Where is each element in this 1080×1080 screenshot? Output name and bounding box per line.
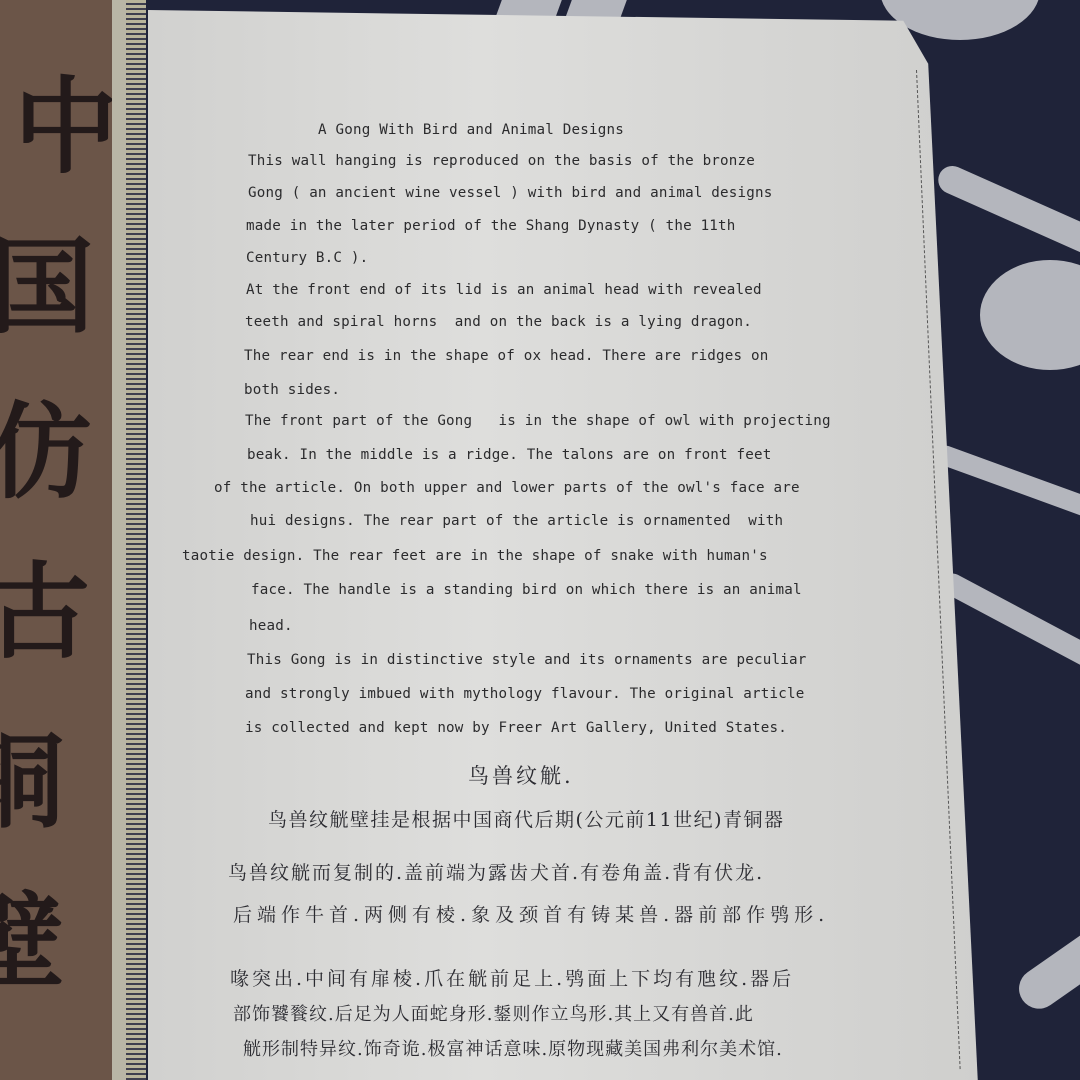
calligraphy-char: 中 xyxy=(14,75,118,179)
cloth-pattern-shape xyxy=(938,570,1080,693)
chinese-line: 鸟兽纹觥壁挂是根据中国商代后期(公元前11世纪)青铜器 xyxy=(268,805,785,832)
text-line: The front part of the Gong is in the sha… xyxy=(245,413,831,429)
text-line: Century B.C ). xyxy=(246,250,368,266)
text-line: teeth and spiral horns and on the back i… xyxy=(245,314,752,330)
document-sheet: A Gong With Bird and Animal Designs This… xyxy=(148,10,978,1080)
cloth-pattern-shape xyxy=(934,161,1080,276)
calligraphy-char: 国 xyxy=(0,235,94,339)
text-line: is collected and kept now by Freer Art G… xyxy=(245,720,787,736)
text-line: and strongly imbued with mythology flavo… xyxy=(245,686,804,702)
text-line: hui designs. The rear part of the articl… xyxy=(250,513,783,529)
cloth-pattern-shape xyxy=(933,443,1080,537)
text-line: Gong ( an ancient wine vessel ) with bir… xyxy=(248,185,773,201)
cloth-pattern-shape xyxy=(1011,903,1080,1016)
chinese-title: 鸟兽纹觥. xyxy=(468,760,574,790)
text-line: face. The handle is a standing bird on w… xyxy=(251,582,802,598)
text-line: The rear end is in the shape of ox head.… xyxy=(244,348,769,364)
chinese-line: 觥形制特异纹.饰奇诡.极富神话意味.原物现藏美国弗利尔美术馆. xyxy=(243,1035,783,1061)
chinese-line: 部饰饕餮纹.后足为人面蛇身形.鋬则作立鸟形.其上又有兽首.此 xyxy=(233,1000,754,1026)
chinese-line: 喙突出.中间有扉棱.爪在觥前足上.鸮面上下均有虺纹.器后 xyxy=(230,964,794,991)
document-title: A Gong With Bird and Animal Designs xyxy=(318,122,624,138)
calligraphy-char: 壁 xyxy=(0,890,64,994)
text-line: taotie design. The rear feet are in the … xyxy=(182,548,768,564)
text-line: At the front end of its lid is an animal… xyxy=(246,282,762,298)
chinese-line: 鸟兽纹觥而复制的.盖前端为露齿犬首.有卷角盖.背有伏龙. xyxy=(228,858,764,885)
text-line: both sides. xyxy=(244,382,340,398)
chinese-line: 后端作牛首.两侧有棱.象及颈首有铸某兽.器前部作鸮形. xyxy=(233,900,829,927)
text-line: This wall hanging is reproduced on the b… xyxy=(248,153,755,169)
text-line: head. xyxy=(249,618,293,634)
text-line: beak. In the middle is a ridge. The talo… xyxy=(247,447,772,463)
cloth-pattern-shape xyxy=(980,260,1080,370)
text-line: of the article. On both upper and lower … xyxy=(214,480,800,496)
text-line: This Gong is in distinctive style and it… xyxy=(247,652,806,668)
calligraphy-char: 古 xyxy=(0,560,90,664)
scroll-brocade-trim xyxy=(126,0,146,1080)
calligraphy-char: 铜 xyxy=(0,730,64,834)
calligraphy-char: 仿 xyxy=(0,400,92,504)
text-line: made in the later period of the Shang Dy… xyxy=(246,218,736,234)
calligraphy-scroll: 中 国 仿 古 铜 壁 xyxy=(0,0,120,1080)
